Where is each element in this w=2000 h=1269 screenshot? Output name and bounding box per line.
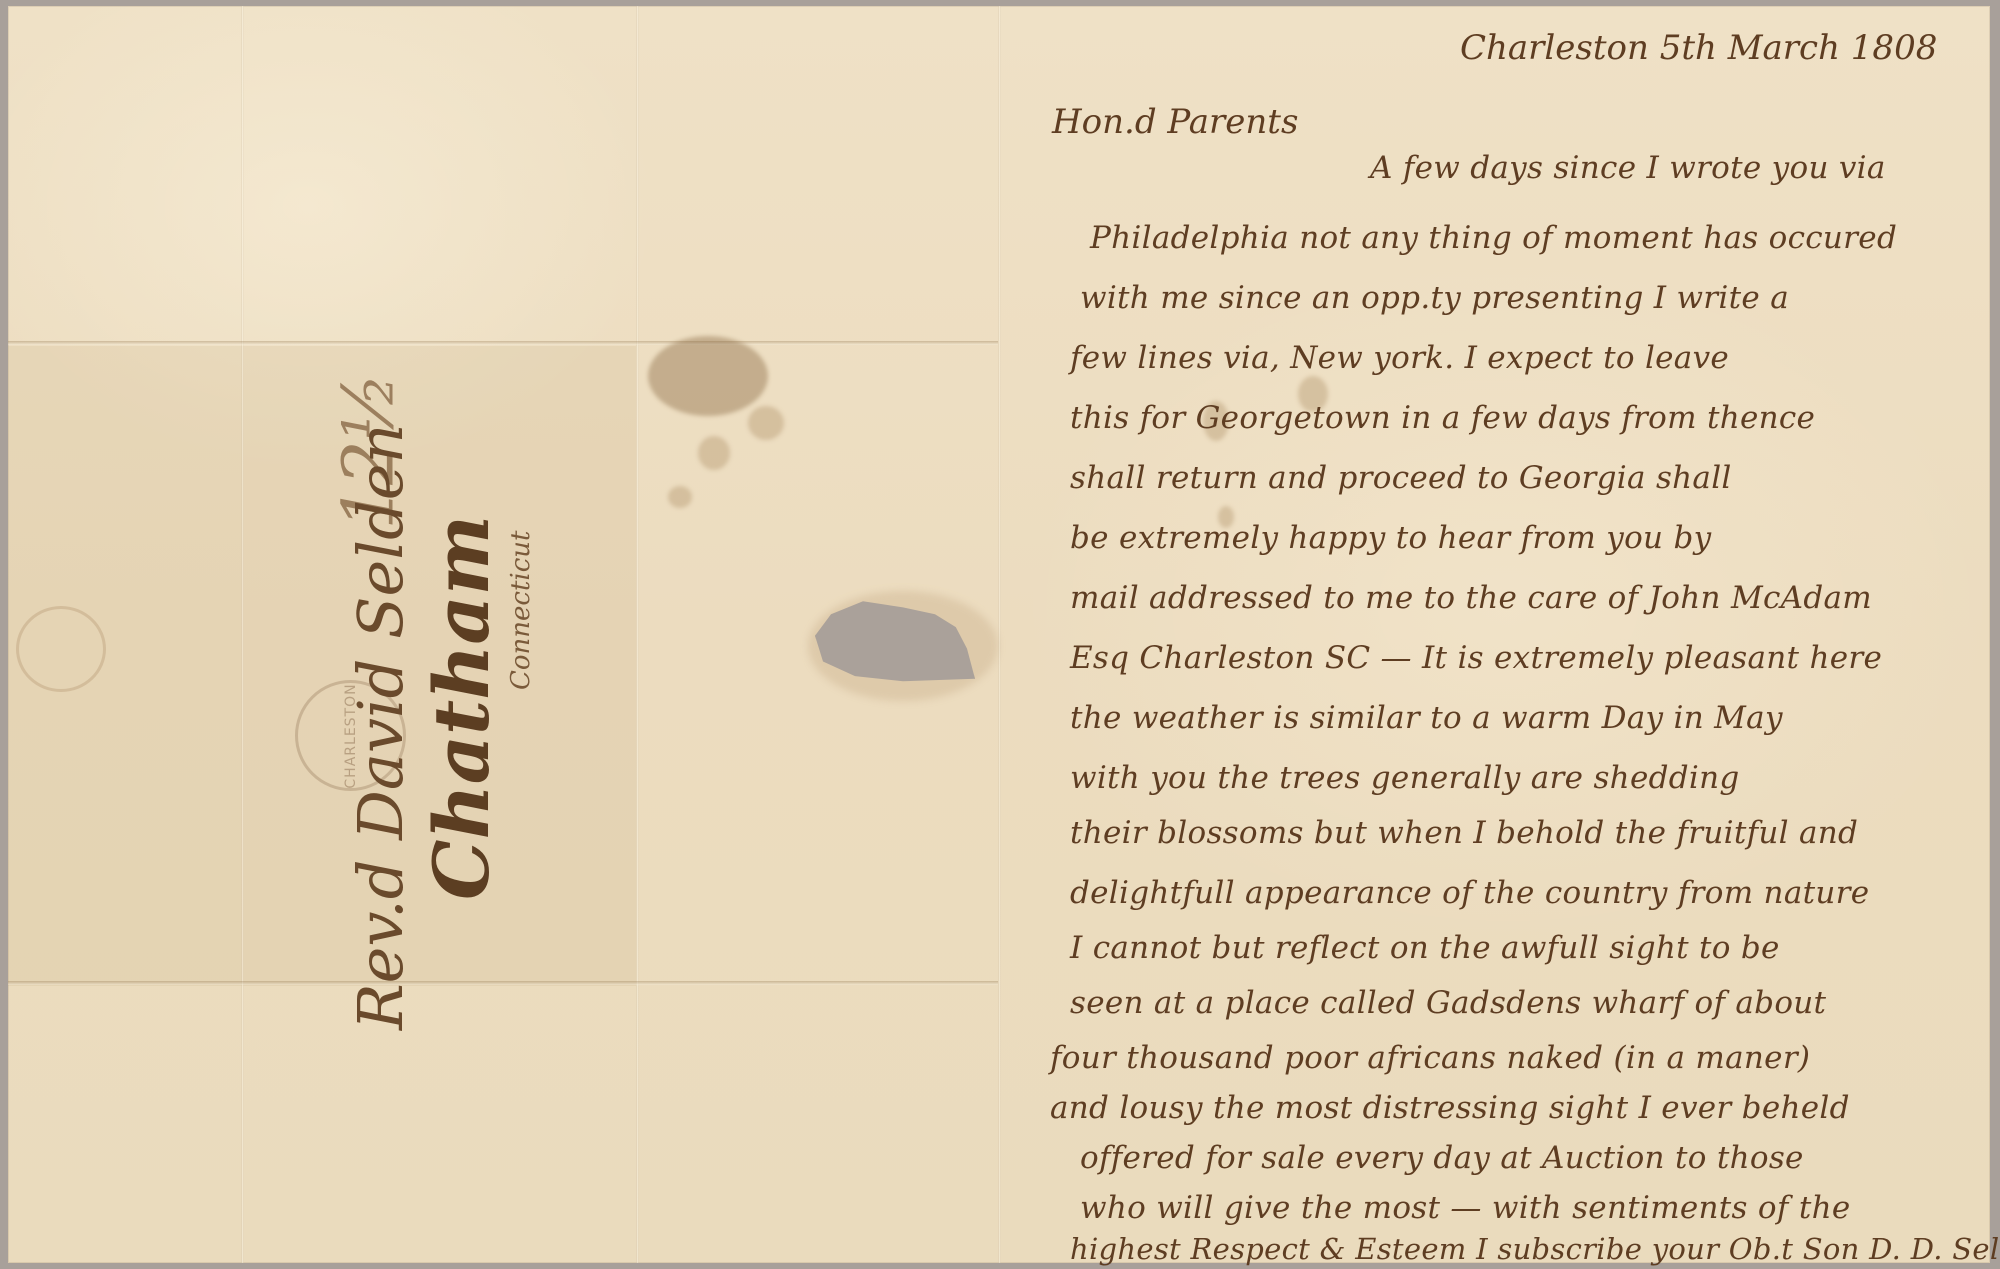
- addressee-name: Rev.d David Selden: [344, 390, 417, 1030]
- letter-line: Esq Charleston SC — It is extremely plea…: [1070, 640, 1882, 676]
- letter-closing-signature: highest Respect & Esteem I subscribe you…: [1070, 1232, 2000, 1266]
- letter-line: seen at a place called Gadsdens wharf of…: [1070, 985, 1826, 1021]
- fold-line-center: [998, 6, 1001, 1263]
- letter-line: be extremely happy to hear from you by: [1070, 520, 1711, 556]
- address-panel: Rev.d David Selden Chatham Connecticut: [250, 390, 630, 990]
- letter-line: the weather is similar to a warm Day in …: [1070, 700, 1783, 736]
- letter-line: few lines via, New york. I expect to lea…: [1070, 340, 1729, 376]
- letter-line: this for Georgetown in a few days from t…: [1070, 400, 1815, 436]
- water-stain: [698, 436, 730, 470]
- letter-line: four thousand poor africans naked (in a …: [1050, 1040, 1810, 1076]
- letter-line: and lousy the most distressing sight I e…: [1050, 1090, 1850, 1126]
- letter-line: delightfull appearance of the country fr…: [1070, 875, 1869, 911]
- letter-line: who will give the most — with sentiments…: [1080, 1190, 1850, 1226]
- fold-line-top: [8, 341, 998, 345]
- fold-line-left: [241, 6, 244, 1263]
- letter-line: Philadelphia not any thing of moment has…: [1090, 220, 1897, 256]
- letter-line: with you the trees generally are sheddin…: [1070, 760, 1740, 796]
- dateline: Charleston 5th March 1808: [1460, 28, 1937, 68]
- water-stain: [748, 406, 784, 440]
- letter-line: with me since an opp.ty presenting I wri…: [1080, 280, 1789, 316]
- letter-line: A few days since I wrote you via: [1370, 150, 1886, 186]
- letter-line: offered for sale every day at Auction to…: [1080, 1140, 1804, 1176]
- letter-line: mail addressed to me to the care of John…: [1070, 580, 1872, 616]
- water-stain: [648, 336, 768, 416]
- water-stain: [668, 486, 692, 508]
- letter-line: I cannot but reflect on the awfull sight…: [1070, 930, 1780, 966]
- salutation: Hon.d Parents: [1052, 102, 1298, 142]
- addressee-town: Chatham: [417, 390, 506, 900]
- letter-line: shall return and proceed to Georgia shal…: [1070, 460, 1732, 496]
- fold-line-mid: [636, 6, 639, 1263]
- addressee-state: Connecticut: [506, 390, 536, 690]
- wax-seal-mark: [16, 606, 106, 692]
- letter-line: their blossoms but when I behold the fru…: [1070, 815, 1858, 851]
